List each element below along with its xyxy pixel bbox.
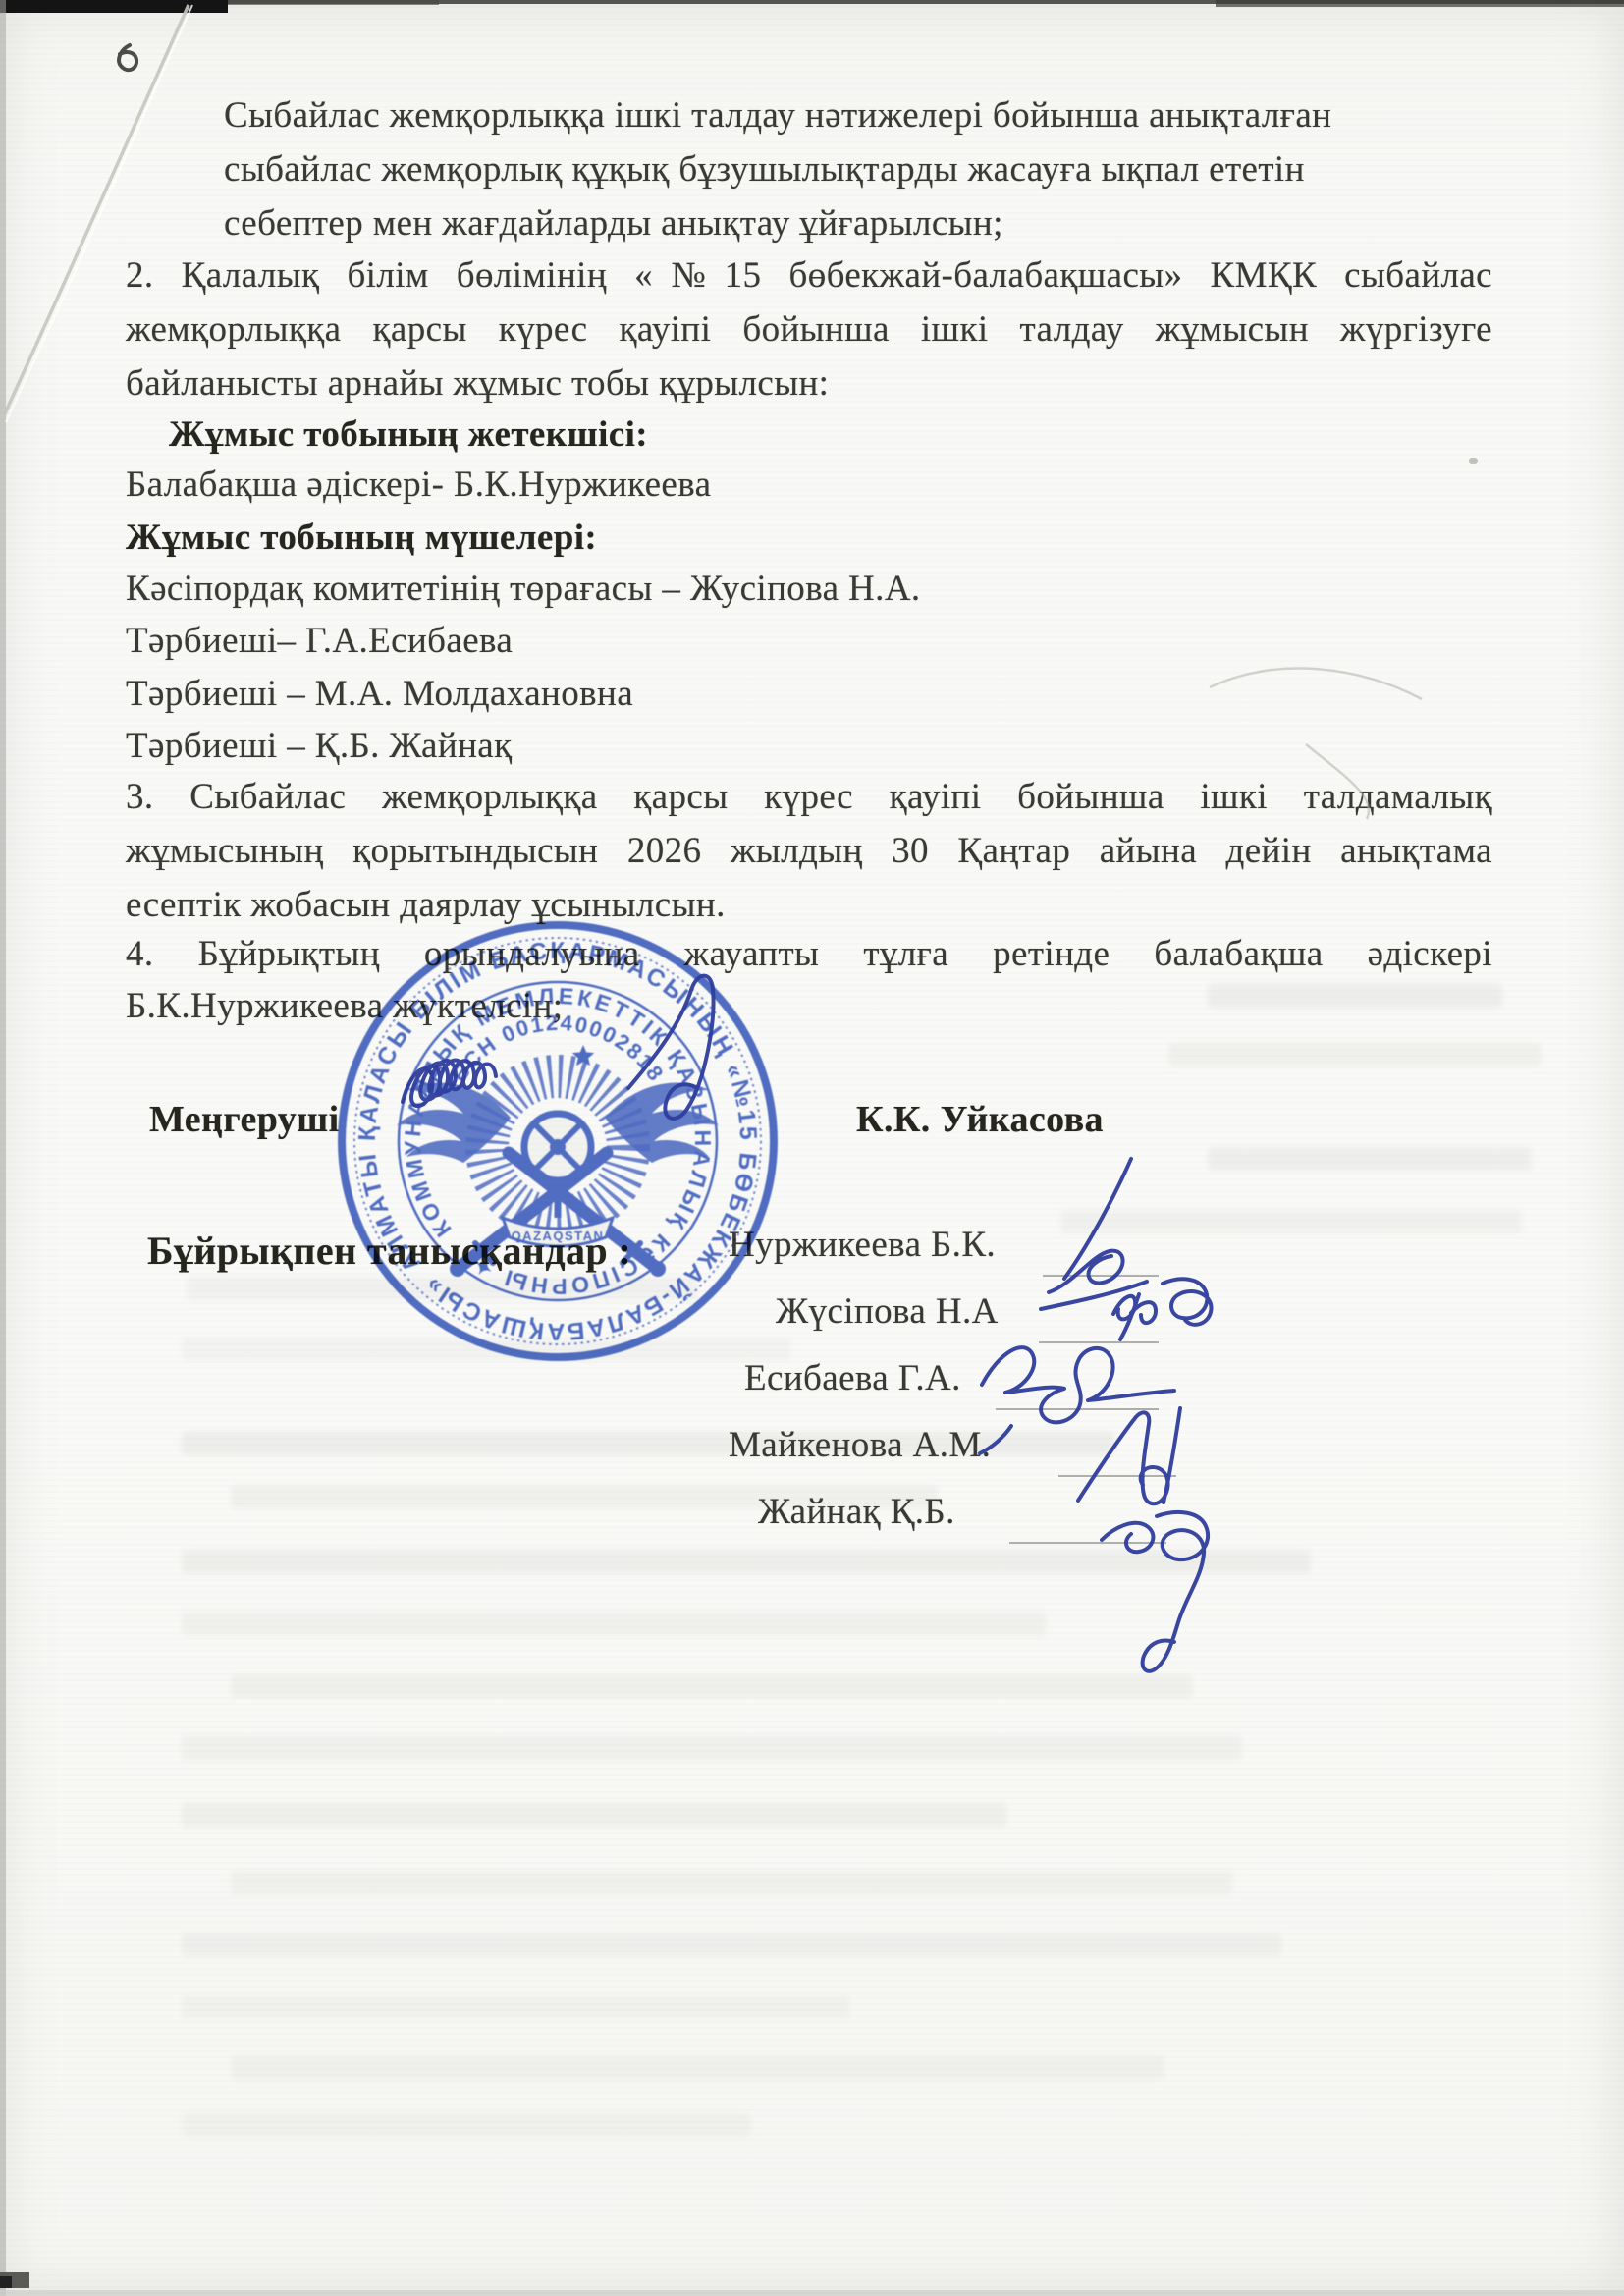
ack-name: Майкенова А.М.	[729, 1424, 991, 1466]
paper-crease	[0, 5, 192, 424]
ghost-text-line	[1060, 1210, 1522, 1233]
ghost-text-line	[182, 1803, 1006, 1827]
hook-mark	[119, 45, 136, 70]
scanned-document-page: Сыбайлас жемқорлыққа ішкі талдау нәтижел…	[0, 0, 1624, 2296]
paragraph-line: 4. Бұйрықтың орындалуына жауапты тұлға р…	[126, 935, 1492, 975]
ack-name: Нуржикеева Б.К.	[729, 1224, 996, 1266]
ghost-text-line	[231, 2056, 1164, 2080]
member-line: Тәрбиеші – М.А. Молдахановна	[126, 675, 633, 715]
ack-name: Жайнақ Қ.Б.	[758, 1491, 955, 1533]
member-line: Тәрбиеші– Г.А.Есибаева	[126, 622, 513, 662]
paragraph-line: жемқорлыққа қарсы күрес қауіпі бойынша і…	[126, 310, 1492, 351]
ack-name: Есибаева Г.А.	[744, 1357, 961, 1399]
paragraph-line: себептер мен жағдайларды анықтау ұйғарыл…	[224, 204, 1003, 245]
signature-line	[1009, 1542, 1166, 1544]
ack-signature	[1041, 1159, 1147, 1309]
ghost-text-line	[182, 1613, 1046, 1636]
acknowledged-label: Бұйрықпен танысқандар :	[147, 1230, 631, 1273]
scan-top-edge	[0, 0, 1624, 4]
group-members-heading: Жұмыс тобының мүшелері:	[126, 519, 597, 559]
signature-line	[1039, 1341, 1159, 1343]
paragraph-line: Б.К.Нуржикеева жүктелсін;	[126, 987, 563, 1027]
ack-signature	[1102, 1512, 1208, 1671]
ghost-text-line	[231, 1674, 1193, 1698]
signature-line	[996, 1408, 1159, 1410]
paragraph-line: 3. Сыбайлас жемқорлыққа қарсы күрес қауі…	[126, 778, 1492, 818]
ghost-text-line	[182, 1995, 849, 2019]
scan-bottom-left-mark-2	[0, 2276, 12, 2288]
group-leader-heading: Жұмыс тобының жетекшісі:	[169, 415, 648, 456]
signature-line	[1043, 1275, 1159, 1277]
ghost-text-line	[182, 1550, 1311, 1573]
member-line: Тәрбиеші – Қ.Б. Жайнақ	[126, 727, 512, 767]
ack-signature	[980, 1347, 1174, 1453]
paragraph-line: есептік жобасын даярлау ұсынылсын.	[126, 886, 726, 926]
manager-label: Меңгеруші	[149, 1100, 340, 1141]
ack-signature	[1078, 1408, 1180, 1503]
member-line: Кәсіпордақ комитетінің төрағасы – Жусіпо…	[126, 570, 921, 610]
ghost-text-line	[182, 2113, 751, 2137]
paragraph-line: байланысты арнайы жұмыс тобы құрылсын:	[126, 364, 829, 405]
ghost-text-line	[1168, 1043, 1542, 1066]
ghost-text-line	[182, 1338, 790, 1361]
ghost-text-line	[182, 1933, 1281, 1956]
signature-line	[1058, 1475, 1176, 1477]
ghost-text-line	[231, 1871, 1232, 1894]
paragraph-line: сыбайлас жемқорлық құқық бұзушылықтарды …	[224, 150, 1305, 191]
scan-bottom-left-mark	[0, 2272, 29, 2288]
ghost-text-line	[182, 1736, 1242, 1760]
paragraph-line: 2. Қалалық білім бөлімінің «№15 бөбекжай…	[126, 256, 1492, 297]
scan-right-speck	[1469, 458, 1478, 464]
scan-bottom-edge	[0, 2290, 1624, 2296]
scan-top-left-bar	[0, 0, 228, 13]
scan-left-edge	[0, 0, 6, 2296]
group-leader-line: Балабақша әдіскері- Б.К.Нуржикеева	[126, 465, 711, 506]
paragraph-line: жұмысының қорытындысын 2026 жылдың 30 Қа…	[126, 832, 1492, 872]
ghost-text-line	[187, 1277, 697, 1300]
ghost-text-line	[1208, 1147, 1532, 1171]
ack-name: Жүсіпова Н.А	[776, 1290, 999, 1333]
scan-top-right-bar	[1216, 0, 1624, 7]
ghost-text-line	[1208, 984, 1502, 1008]
ack-signature	[1113, 1279, 1211, 1339]
scan-top-left-bar-2	[228, 0, 439, 5]
manager-name: К.К. Уйкасова	[856, 1100, 1104, 1141]
paragraph-line: Сыбайлас жемқорлыққа ішкі талдау нәтижел…	[224, 96, 1331, 137]
